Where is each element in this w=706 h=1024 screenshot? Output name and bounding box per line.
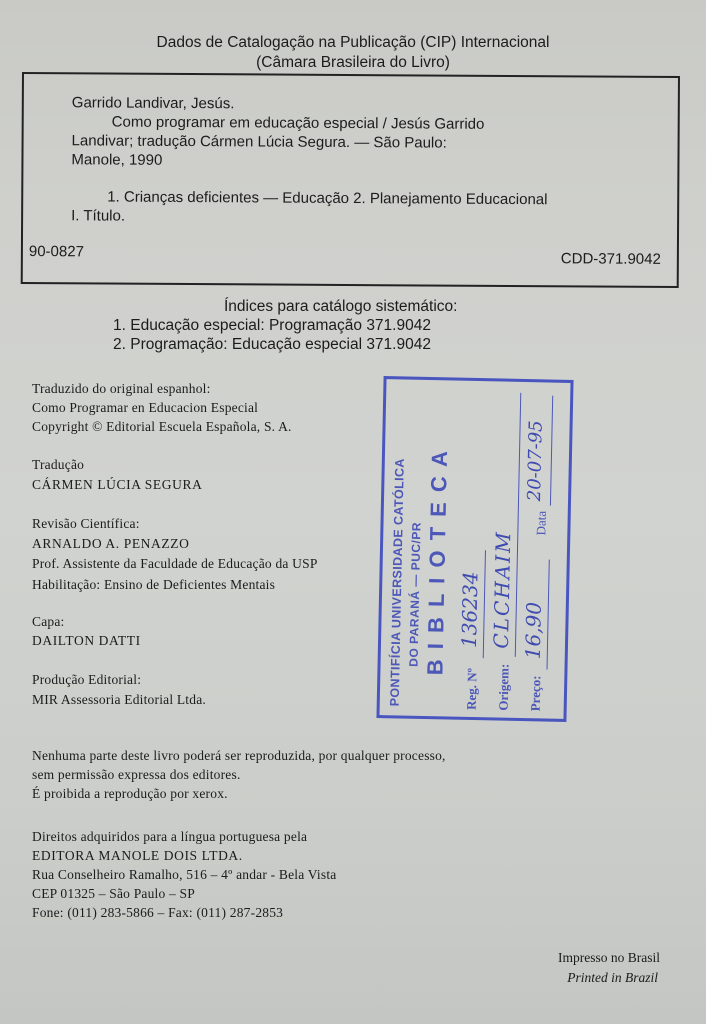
rights-notice: sem permissão expressa dos editores. [32,767,241,783]
cip-cdd: CDD-371.9042 [561,249,661,270]
stamp-reg-value: 136234 [457,571,483,648]
reviewer-habilitation: Habilitação: Ensino de Deficientes Menta… [32,577,275,593]
reviewer-name: ARNALDO A. PENAZZO [32,536,189,552]
translator-name: CÁRMEN LÚCIA SEGURA [32,477,202,493]
stamp-reg-label: Reg. Nº [464,668,481,710]
stamp-institution: PONTIFÍCIA UNIVERSIDADE CATÓLICA [388,458,407,706]
stamp-institution-state: DO PARANÁ — PUC/PR [407,522,424,667]
library-stamp: PONTIFÍCIA UNIVERSIDADE CATÓLICA DO PARA… [376,376,573,722]
index-item: 1. Educação especial: Programação 371.90… [113,317,431,335]
stamp-library: B I B L I O T E C A [422,449,453,676]
cip-imprint: Manole, 1990 [71,150,162,171]
stamp-date-label: Data [533,511,550,536]
original-label: Traduzido do original espanhol: [32,381,211,397]
publisher-name: EDITORA MANOLE DOIS LTDA. [32,848,243,864]
reviewer-role: Prof. Assistente da Faculdade de Educaçã… [32,556,318,572]
review-label: Revisão Científica: [32,516,140,532]
production-label: Produção Editorial: [32,672,141,688]
imprint: Impresso no Brasil Printed in Brazil [558,948,660,988]
cover-label: Capa: [32,614,65,630]
publisher-address: Rua Conselheiro Ramalho, 516 – 4º andar … [32,867,336,883]
production-company: MIR Assessoria Editorial Ltda. [32,692,206,708]
publisher-cep: CEP 01325 – São Paulo – SP [32,886,195,902]
cip-control-number: 90-0827 [29,242,84,262]
cip-catalog-box: Garrido Landivar, Jesús. Como programar … [21,72,680,288]
stamp-date-value: 20-07-95 [524,420,547,501]
stamp-price-label: Preço: [528,675,545,711]
translation-label: Tradução [32,457,84,473]
indices-title: Índices para catálogo sistemático: [224,298,457,316]
cip-subjects: I. Título. [71,206,125,226]
rights-acquired: Direitos adquiridos para a língua portug… [32,829,307,845]
cip-header-title: Dados de Catalogação na Publicação (CIP)… [0,33,706,53]
imprint-pt: Impresso no Brasil [558,948,660,968]
stamp-origin-label: Origem: [496,664,513,711]
imprint-en: Printed in Brazil [558,968,658,988]
cip-header: Dados de Catalogação na Publicação (CIP)… [0,33,706,73]
original-title: Como Programar en Educacion Especial [32,400,258,416]
cip-author: Garrido Landivar, Jesús. [72,93,235,114]
copyright: Copyright © Editorial Escuela Española, … [32,419,292,435]
stamp-origin-value: CLCHAIM [489,530,515,649]
cip-header-subtitle: (Câmara Brasileira do Livro) [0,53,706,73]
rights-notice: Nenhuma parte deste livro poderá ser rep… [32,748,446,764]
cip-subjects: 1. Crianças deficientes — Educação 2. Pl… [107,188,547,211]
xerox-notice: É proibida a reprodução por xerox. [32,786,228,802]
cover-artist: DAILTON DATTI [32,633,141,649]
stamp-price-value: 16,90 [521,602,546,660]
publisher-phone: Fone: (011) 283-5866 – Fax: (011) 287-28… [32,905,283,921]
index-item: 2. Programação: Educação especial 371.90… [113,336,431,354]
